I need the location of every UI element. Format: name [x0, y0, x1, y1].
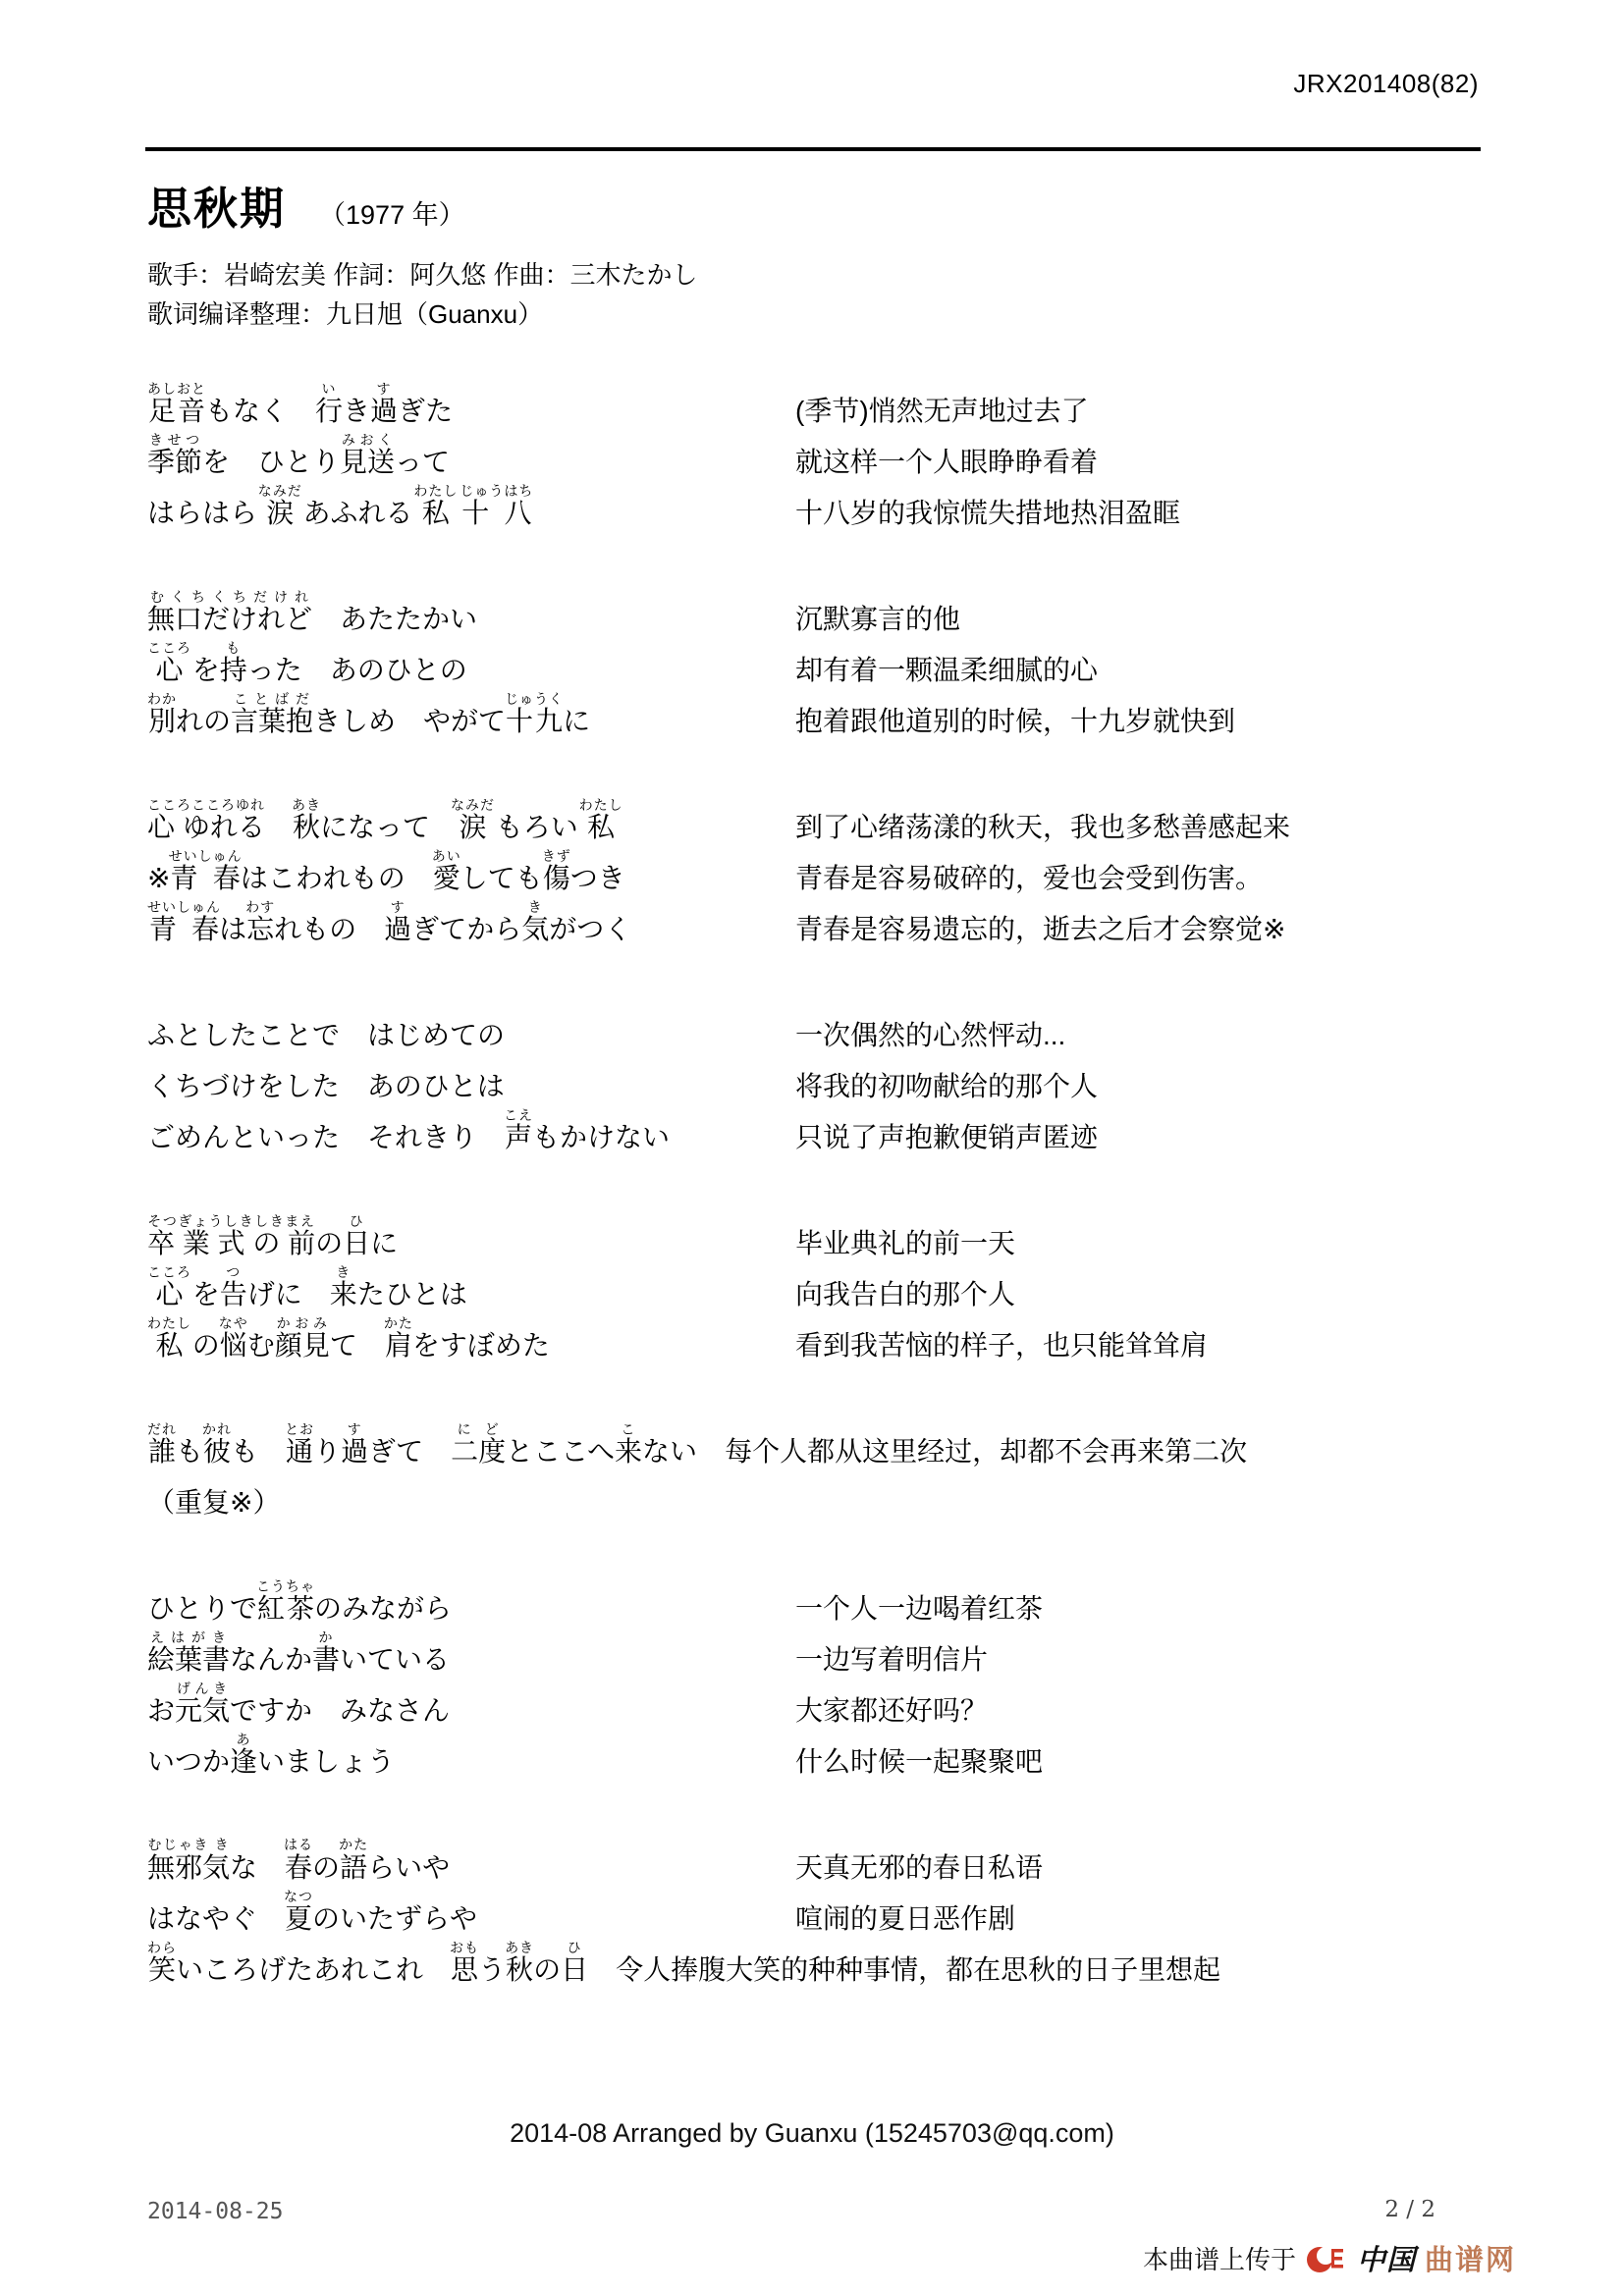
lyric-line: 絵葉書えはがきなんか書かいている一边写着明信片 [147, 1623, 1585, 1674]
japanese-lyric: （重复※） [147, 1489, 795, 1517]
lyric-line: ふとしたことで はじめての一次偶然的心然怦动... [147, 998, 1585, 1049]
japanese-lyric: 卒 業 式 の 前そつぎょうしきしきまえの日ひに [147, 1213, 795, 1257]
chinese-translation: 青春是容易遗忘的，逝去之后才会察觉※ [795, 916, 1285, 943]
lyric-line: 誰だれも彼かれも 通とおり過すぎて 二度にどとここへ来こない每个人都从这里经过，… [147, 1415, 1585, 1466]
japanese-lyric: はらはら 涙なみだ あふれる 私わたし 十 八じゅうはち [147, 483, 795, 527]
japanese-lyric: 足音あしおともなく 行いき過すぎた [147, 381, 795, 425]
site-name-black: 中国 [1357, 2238, 1416, 2278]
japanese-lyric: 別わかれの言葉抱ことばだきしめ やがて十九じゅうくに [147, 691, 795, 735]
chinese-translation: 沉默寡言的他 [795, 606, 960, 633]
lyric-line: 心こころ を告つげに 来きたひとは向我告白的那个人 [147, 1257, 1585, 1308]
lyric-line: 笑わらいころげたあれこれ 思おもう秋あきの日ひ令人捧腹大笑的种种事情，都在思秋的… [147, 1933, 1585, 1984]
japanese-lyric: ※青 春せいしゅんはこわれもの 愛あいしても傷きずつき [147, 848, 795, 892]
japanese-lyric: 私わたし の悩なやむ顔見かおみて 肩かたをすぼめた [147, 1315, 795, 1360]
song-year: （1977 年） [319, 200, 465, 230]
lyric-line: （重复※） [147, 1466, 1585, 1517]
chinese-translation: 喧闹的夏日恶作剧 [795, 1905, 1015, 1933]
lyric-line: ※青 春せいしゅんはこわれもの 愛あいしても傷きずつき青春是容易破碎的，爱也会受… [147, 841, 1585, 892]
footer-date: 2014-08-25 [147, 2199, 283, 2224]
japanese-lyric: 誰だれも彼かれも 通とおり過すぎて 二度にどとここへ来こない [147, 1421, 697, 1466]
lyric-line: 心こころ を持もった あのひとの却有着一颗温柔细腻的心 [147, 633, 1585, 684]
chinese-translation: 就这样一个人眼睁睁看着 [795, 449, 1098, 476]
chinese-translation: 看到我苦恼的样子，也只能耸耸肩 [795, 1332, 1208, 1360]
upload-prefix-text: 本曲谱上传于 [1143, 2240, 1296, 2276]
verse-4: ふとしたことで はじめての一次偶然的心然怦动...くちづけをした あのひとは将我… [147, 998, 1585, 1151]
japanese-lyric: 心 ゆれるこころこころゆれ 秋あきになって 涙なみだ もろい 私わたし [147, 797, 795, 841]
lyric-line: 無口だけれどむくちくちだけれ あたたかい沉默寡言的他 [147, 582, 1585, 633]
header-rule [145, 147, 1481, 151]
japanese-lyric: 無口だけれどむくちくちだけれ あたたかい [147, 589, 795, 633]
verse-6: 誰だれも彼かれも 通とおり過すぎて 二度にどとここへ来こない每个人都从这里经过，… [147, 1415, 1585, 1517]
lyric-line: 無邪気むじゃき きな 春はるの語かたらいや天真无邪的春日私语 [147, 1831, 1585, 1882]
chinese-translation: 一次偶然的心然怦动... [795, 1022, 1065, 1049]
lyric-line: 別わかれの言葉抱ことばだきしめ やがて十九じゅうくに抱着跟他道别的时候，十九岁就… [147, 684, 1585, 735]
japanese-lyric: 心こころ を持もった あのひとの [147, 640, 795, 684]
lyric-line: お元気げんきですか みなさん大家都还好吗？ [147, 1674, 1585, 1725]
japanese-lyric: 絵葉書えはがきなんか書かいている [147, 1629, 795, 1674]
lyric-line: 私わたし の悩なやむ顔見かおみて 肩かたをすぼめた看到我苦恼的样子，也只能耸耸肩 [147, 1308, 1585, 1360]
lyric-line: いつか逢あいましょう什么时候一起聚聚吧 [147, 1725, 1585, 1776]
japanese-lyric: ふとしたことで はじめての [147, 1022, 795, 1049]
chinese-translation: 一边写着明信片 [795, 1646, 988, 1674]
chinese-translation: 将我的初吻献给的那个人 [795, 1073, 1098, 1100]
verse-2: 無口だけれどむくちくちだけれ あたたかい沉默寡言的他心こころ を持もった あのひ… [147, 582, 1585, 735]
translation-credit: 歌词编译整理：九日旭（Guanxu） [147, 294, 543, 331]
site-name-orange: 曲谱网 [1425, 2238, 1516, 2278]
lyric-line: 足音あしおともなく 行いき過すぎた(季节)悄然无声地过去了 [147, 374, 1585, 425]
japanese-lyric: ひとりで紅茶こうちゃのみながら [147, 1578, 795, 1623]
japanese-lyric: 笑わらいころげたあれこれ 思おもう秋あきの日ひ [147, 1940, 588, 1984]
chinese-translation: 青春是容易破碎的，爱也会受到伤害。 [795, 865, 1263, 892]
chinese-translation: 抱着跟他道别的时候，十九岁就快到 [795, 708, 1235, 735]
chinese-translation: 到了心绪荡漾的秋天，我也多愁善感起来 [795, 814, 1290, 841]
chinese-translation: (季节)悄然无声地过去了 [795, 398, 1089, 425]
verse-3: 心 ゆれるこころこころゆれ 秋あきになって 涙なみだ もろい 私わたし到了心绪荡… [147, 790, 1585, 943]
japanese-lyric: 心こころ を告つげに 来きたひとは [147, 1264, 795, 1308]
lyrics-page: JRX201408(82) 思秋期（1977 年） 歌手：岩崎宏美 作詞：阿久悠… [0, 0, 1624, 2296]
chinese-translation: 天真无邪的春日私语 [795, 1854, 1043, 1882]
japanese-lyric: はなやぐ 夏なつのいたずらや [147, 1889, 795, 1933]
japanese-lyric: 青 春せいしゅんは忘わすれもの 過すぎてから気きがつく [147, 899, 795, 943]
song-credits: 歌手：岩崎宏美 作詞：阿久悠 作曲：三木たかし [147, 255, 697, 292]
chinese-translation: 大家都还好吗？ [795, 1697, 988, 1725]
chinese-translation: 一个人一边喝着红茶 [795, 1595, 1043, 1623]
lyric-line: ごめんといった それきり 声こえもかけない只说了声抱歉便销声匿迹 [147, 1100, 1585, 1151]
upload-credit: 本曲谱上传于 中国 曲谱网 [1143, 2238, 1516, 2278]
japanese-lyric: くちづけをした あのひとは [147, 1073, 795, 1100]
lyric-line: くちづけをした あのひとは将我的初吻献给的那个人 [147, 1049, 1585, 1100]
verse-7: ひとりで紅茶こうちゃのみながら一个人一边喝着红茶絵葉書えはがきなんか書かいている… [147, 1572, 1585, 1776]
chinese-translation: 每个人都从这里经过，却都不会再来第二次 [725, 1438, 1247, 1466]
chinese-translation: 什么时候一起聚聚吧 [795, 1748, 1043, 1776]
verse-1: 足音あしおともなく 行いき過すぎた(季节)悄然无声地过去了季節きせつを ひとり見… [147, 374, 1585, 527]
verse-5: 卒 業 式 の 前そつぎょうしきしきまえの日ひに毕业典礼的前一天心こころ を告つ… [147, 1206, 1585, 1360]
japanese-lyric: 無邪気むじゃき きな 春はるの語かたらいや [147, 1837, 795, 1882]
site-logo-icon [1305, 2241, 1348, 2276]
page-number: 2 / 2 [1384, 2197, 1435, 2222]
chinese-translation: 十八岁的我惊慌失措地热泪盈眶 [795, 500, 1180, 527]
arranged-note: 2014-08 Arranged by Guanxu (15245703@qq.… [0, 2118, 1624, 2149]
chinese-translation: 令人捧腹大笑的种种事情，都在思秋的日子里想起 [616, 1956, 1220, 1984]
lyric-line: 心 ゆれるこころこころゆれ 秋あきになって 涙なみだ もろい 私わたし到了心绪荡… [147, 790, 1585, 841]
lyric-line: 季節きせつを ひとり見送みおくって就这样一个人眼睁睁看着 [147, 425, 1585, 476]
japanese-lyric: ごめんといった それきり 声こえもかけない [147, 1107, 795, 1151]
lyric-line: 青 春せいしゅんは忘わすれもの 過すぎてから気きがつく青春是容易遗忘的，逝去之后… [147, 892, 1585, 943]
page-title: 思秋期 [147, 184, 286, 234]
doc-code: JRX201408(82) [1293, 69, 1479, 99]
chinese-translation: 向我告白的那个人 [795, 1281, 1015, 1308]
lyric-line: はらはら 涙なみだ あふれる 私わたし 十 八じゅうはち十八岁的我惊慌失措地热泪… [147, 476, 1585, 527]
lyric-line: 卒 業 式 の 前そつぎょうしきしきまえの日ひに毕业典礼的前一天 [147, 1206, 1585, 1257]
lyrics-body: 足音あしおともなく 行いき過すぎた(季节)悄然无声地过去了季節きせつを ひとり見… [147, 374, 1585, 2039]
japanese-lyric: いつか逢あいましょう [147, 1732, 795, 1776]
lyric-line: はなやぐ 夏なつのいたずらや喧闹的夏日恶作剧 [147, 1882, 1585, 1933]
chinese-translation: 却有着一颗温柔细腻的心 [795, 657, 1098, 684]
verse-8: 無邪気むじゃき きな 春はるの語かたらいや天真无邪的春日私语はなやぐ 夏なつのい… [147, 1831, 1585, 1984]
title-row: 思秋期（1977 年） [147, 173, 465, 237]
chinese-translation: 毕业典礼的前一天 [795, 1230, 1015, 1257]
lyric-line: ひとりで紅茶こうちゃのみながら一个人一边喝着红茶 [147, 1572, 1585, 1623]
japanese-lyric: 季節きせつを ひとり見送みおくって [147, 432, 795, 476]
chinese-translation: 只说了声抱歉便销声匿迹 [795, 1124, 1098, 1151]
japanese-lyric: お元気げんきですか みなさん [147, 1681, 795, 1725]
